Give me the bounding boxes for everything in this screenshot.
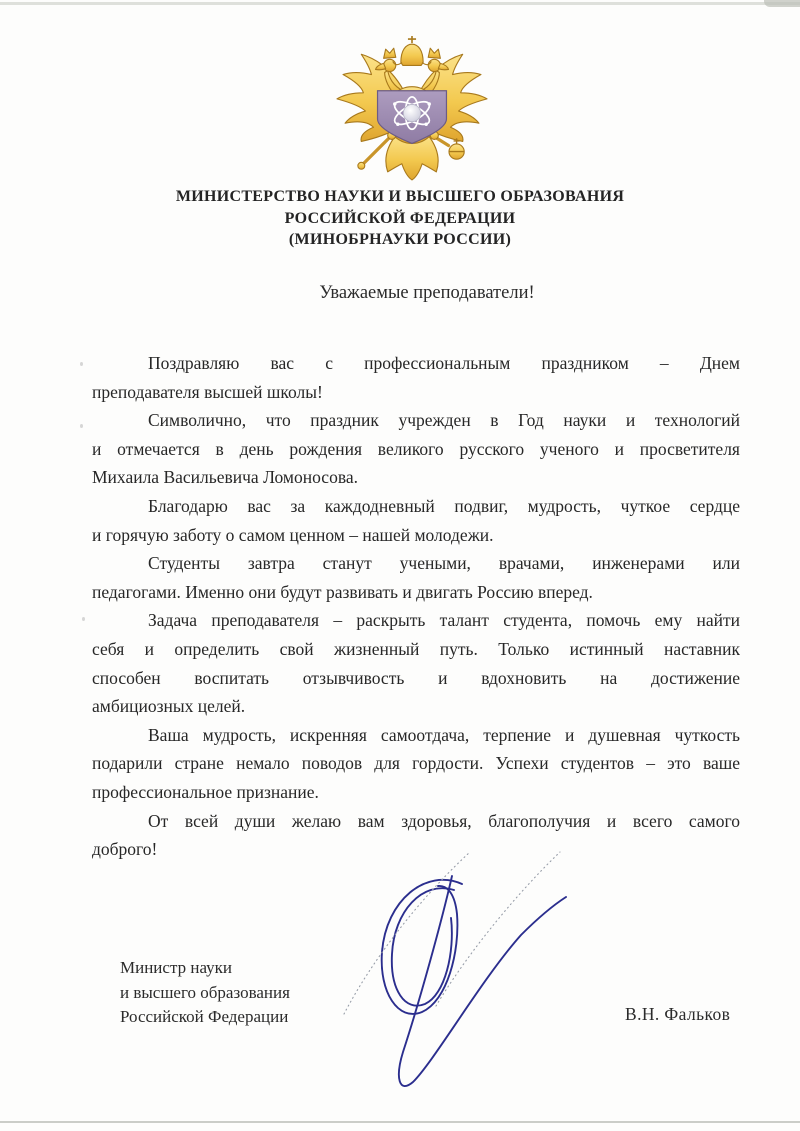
ministry-name-line1: МИНИСТЕРСТВО НАУКИ И ВЫСШЕГО ОБРАЗОВАНИЯ	[0, 186, 800, 208]
ministry-name-line2: РОССИЙСКОЙ ФЕДЕРАЦИИ	[0, 208, 800, 230]
body-line: Поздравляю вас с профессиональным праздн…	[92, 349, 740, 378]
signer-title-line1: Министр науки	[120, 956, 290, 981]
scan-artifact-corner	[764, 0, 800, 7]
body-line: Символично, что праздник учрежден в Год …	[92, 406, 740, 435]
ministry-coat-of-arms-icon	[334, 34, 490, 182]
body-line: и отмечается в день рождения великого ру…	[92, 435, 740, 464]
body-line: и горячую заботу о самом ценном – нашей …	[92, 521, 740, 550]
paragraph: Благодарю вас за каждодневный подвиг, му…	[92, 492, 740, 549]
paragraph: Студенты завтра станут учеными, врачами,…	[92, 549, 740, 606]
signer-name: В.Н. Фальков	[625, 1004, 730, 1025]
body-line: Михаила Васильевича Ломоносова.	[92, 463, 740, 492]
paragraph: Задача преподавателя – раскрыть талант с…	[92, 606, 740, 720]
scan-artifact-bottom-line	[0, 1121, 800, 1123]
signer-title-line2: и высшего образования	[120, 981, 290, 1006]
body-line: способен воспитать отзывчивость и вдохно…	[92, 664, 740, 693]
letterhead: МИНИСТЕРСТВО НАУКИ И ВЫСШЕГО ОБРАЗОВАНИЯ…	[0, 186, 800, 251]
body-line: преподавателя высшей школы!	[92, 378, 740, 407]
body-line: амбициозных целей.	[92, 692, 740, 721]
body-line: Студенты завтра станут учеными, врачами,…	[92, 549, 740, 578]
scan-speck	[82, 617, 85, 621]
paragraph: Ваша мудрость, искренняя самоотдача, тер…	[92, 721, 740, 807]
ministry-name-line3: (МИНОБРНАУКИ РОССИИ)	[0, 229, 800, 251]
scan-speck	[80, 362, 83, 366]
body-line: подарили стране немало поводов для гордо…	[92, 749, 740, 778]
handwritten-signature	[330, 840, 580, 1100]
body-line: педагогами. Именно они будут развивать и…	[92, 578, 740, 607]
scan-artifact-top-line	[0, 2, 800, 5]
body-line: профессиональное признание.	[92, 778, 740, 807]
paragraph: Символично, что праздник учрежден в Год …	[92, 406, 740, 492]
scan-speck	[80, 424, 83, 428]
paragraph: Поздравляю вас с профессиональным праздн…	[92, 349, 740, 406]
signer-title-block: Министр науки и высшего образования Росс…	[120, 956, 290, 1030]
scanned-letter-page: МИНИСТЕРСТВО НАУКИ И ВЫСШЕГО ОБРАЗОВАНИЯ…	[0, 0, 800, 1131]
body-line: От всей души желаю вам здоровья, благопо…	[92, 807, 740, 836]
body-line: себя и определить свой жизненный путь. Т…	[92, 635, 740, 664]
body-line: Благодарю вас за каждодневный подвиг, му…	[92, 492, 740, 521]
signer-title-line3: Российской Федерации	[120, 1005, 290, 1030]
salutation: Уважаемые преподаватели!	[54, 283, 800, 304]
body-line: Задача преподавателя – раскрыть талант с…	[92, 606, 740, 635]
body-line: Ваша мудрость, искренняя самоотдача, тер…	[92, 721, 740, 750]
letter-body: Поздравляю вас с профессиональным праздн…	[92, 349, 740, 864]
